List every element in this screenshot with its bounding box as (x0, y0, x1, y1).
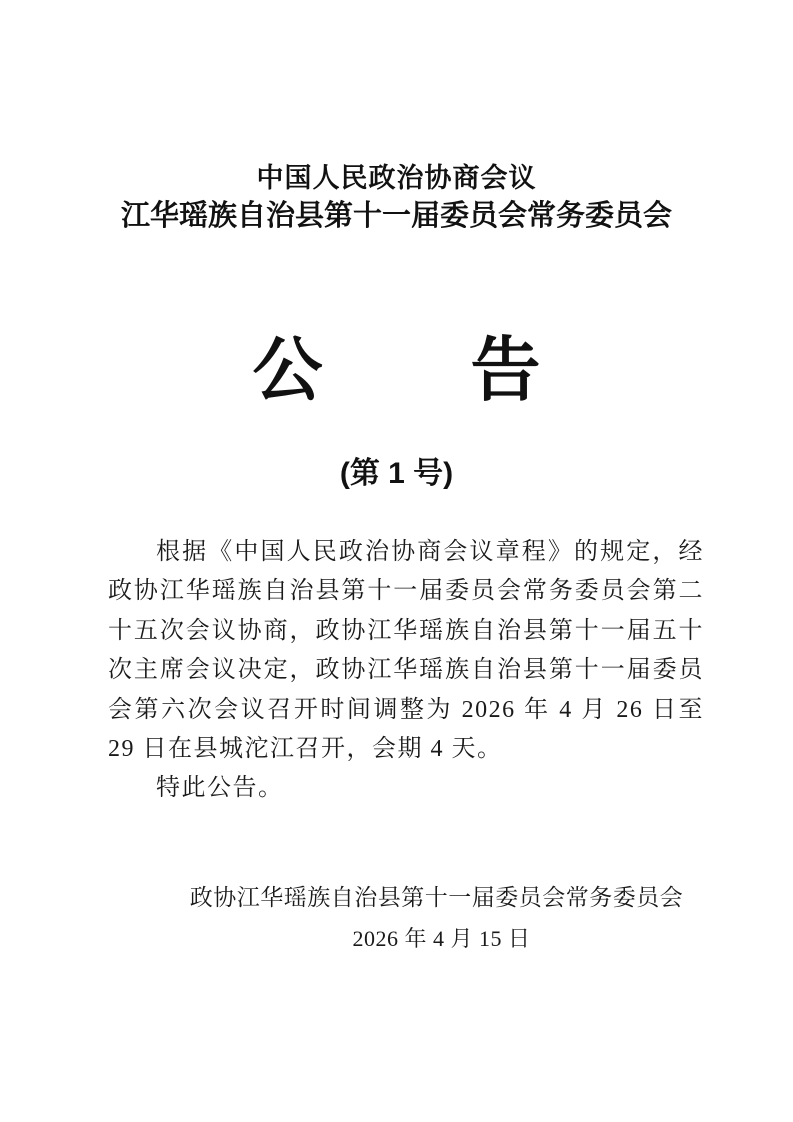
document-body: 根据《中国人民政治协商会议章程》的规定，经政协江华瑶族自治县第十一届委员会常务委… (108, 533, 704, 809)
document-number: (第 1 号) (0, 456, 793, 492)
document-title-char-2: 告 (471, 334, 541, 406)
signature-date: 2026 年 4 月 15 日 (45, 926, 793, 952)
body-paragraph-1: 根据《中国人民政治协商会议章程》的规定，经政协江华瑶族自治县第十一届委员会常务委… (108, 533, 704, 769)
document-title-char-1: 公 (253, 334, 323, 406)
announcement-page: 中国人民政治协商会议 江华瑶族自治县第十一届委员会常务委员会 公 告 (第 1 … (0, 0, 793, 1122)
signature-organization: 政协江华瑶族自治县第十一届委员会常务委员会 (40, 884, 793, 912)
header-org-line-2: 江华瑶族自治县第十一届委员会常务委员会 (0, 200, 793, 232)
document-title: 公 告 (0, 334, 793, 406)
header-org-line-1: 中国人民政治协商会议 (0, 163, 793, 193)
body-paragraph-2: 特此公告。 (108, 769, 704, 808)
